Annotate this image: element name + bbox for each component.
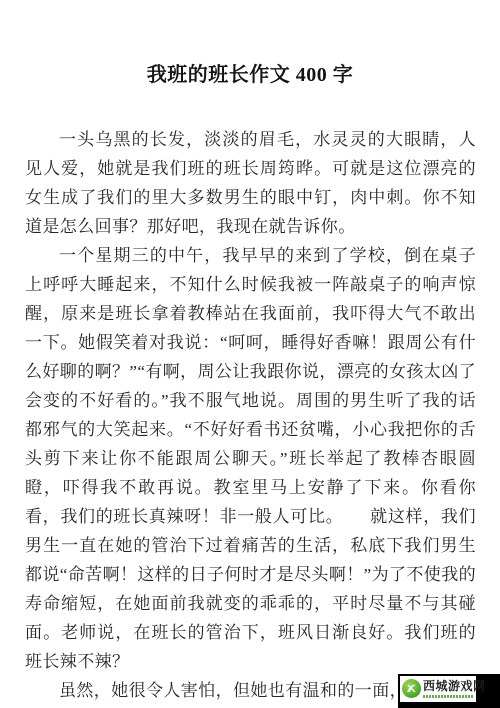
site-watermark: 西城游戏网 xyxy=(398,674,500,708)
watermark-site-name: 西城游戏网 xyxy=(423,678,475,694)
watermark-panel: 西城游戏网 xyxy=(400,676,476,702)
essay-paragraph: 一头乌黑的长发，淡淡的眉毛，水灵灵的大眼睛，人见人爱，她就是我们班的班长周筠晔。… xyxy=(25,125,476,241)
watermark-tagline-stripe xyxy=(423,695,474,698)
watermark-logo-icon xyxy=(402,679,421,698)
document-page: 我班的班长作文 400 字 一头乌黑的长发，淡淡的眉毛，水灵灵的大眼睛，人见人爱… xyxy=(0,0,500,708)
essay-body: 一头乌黑的长发，淡淡的眉毛，水灵灵的大眼睛，人见人爱，她就是我们班的班长周筠晔。… xyxy=(25,125,476,705)
essay-paragraph: 一个星期三的中午，我早早的来到了学校，倒在桌子上呼呼大睡起来，不知什么时候我被一… xyxy=(25,241,476,676)
page-title: 我班的班长作文 400 字 xyxy=(0,58,500,87)
